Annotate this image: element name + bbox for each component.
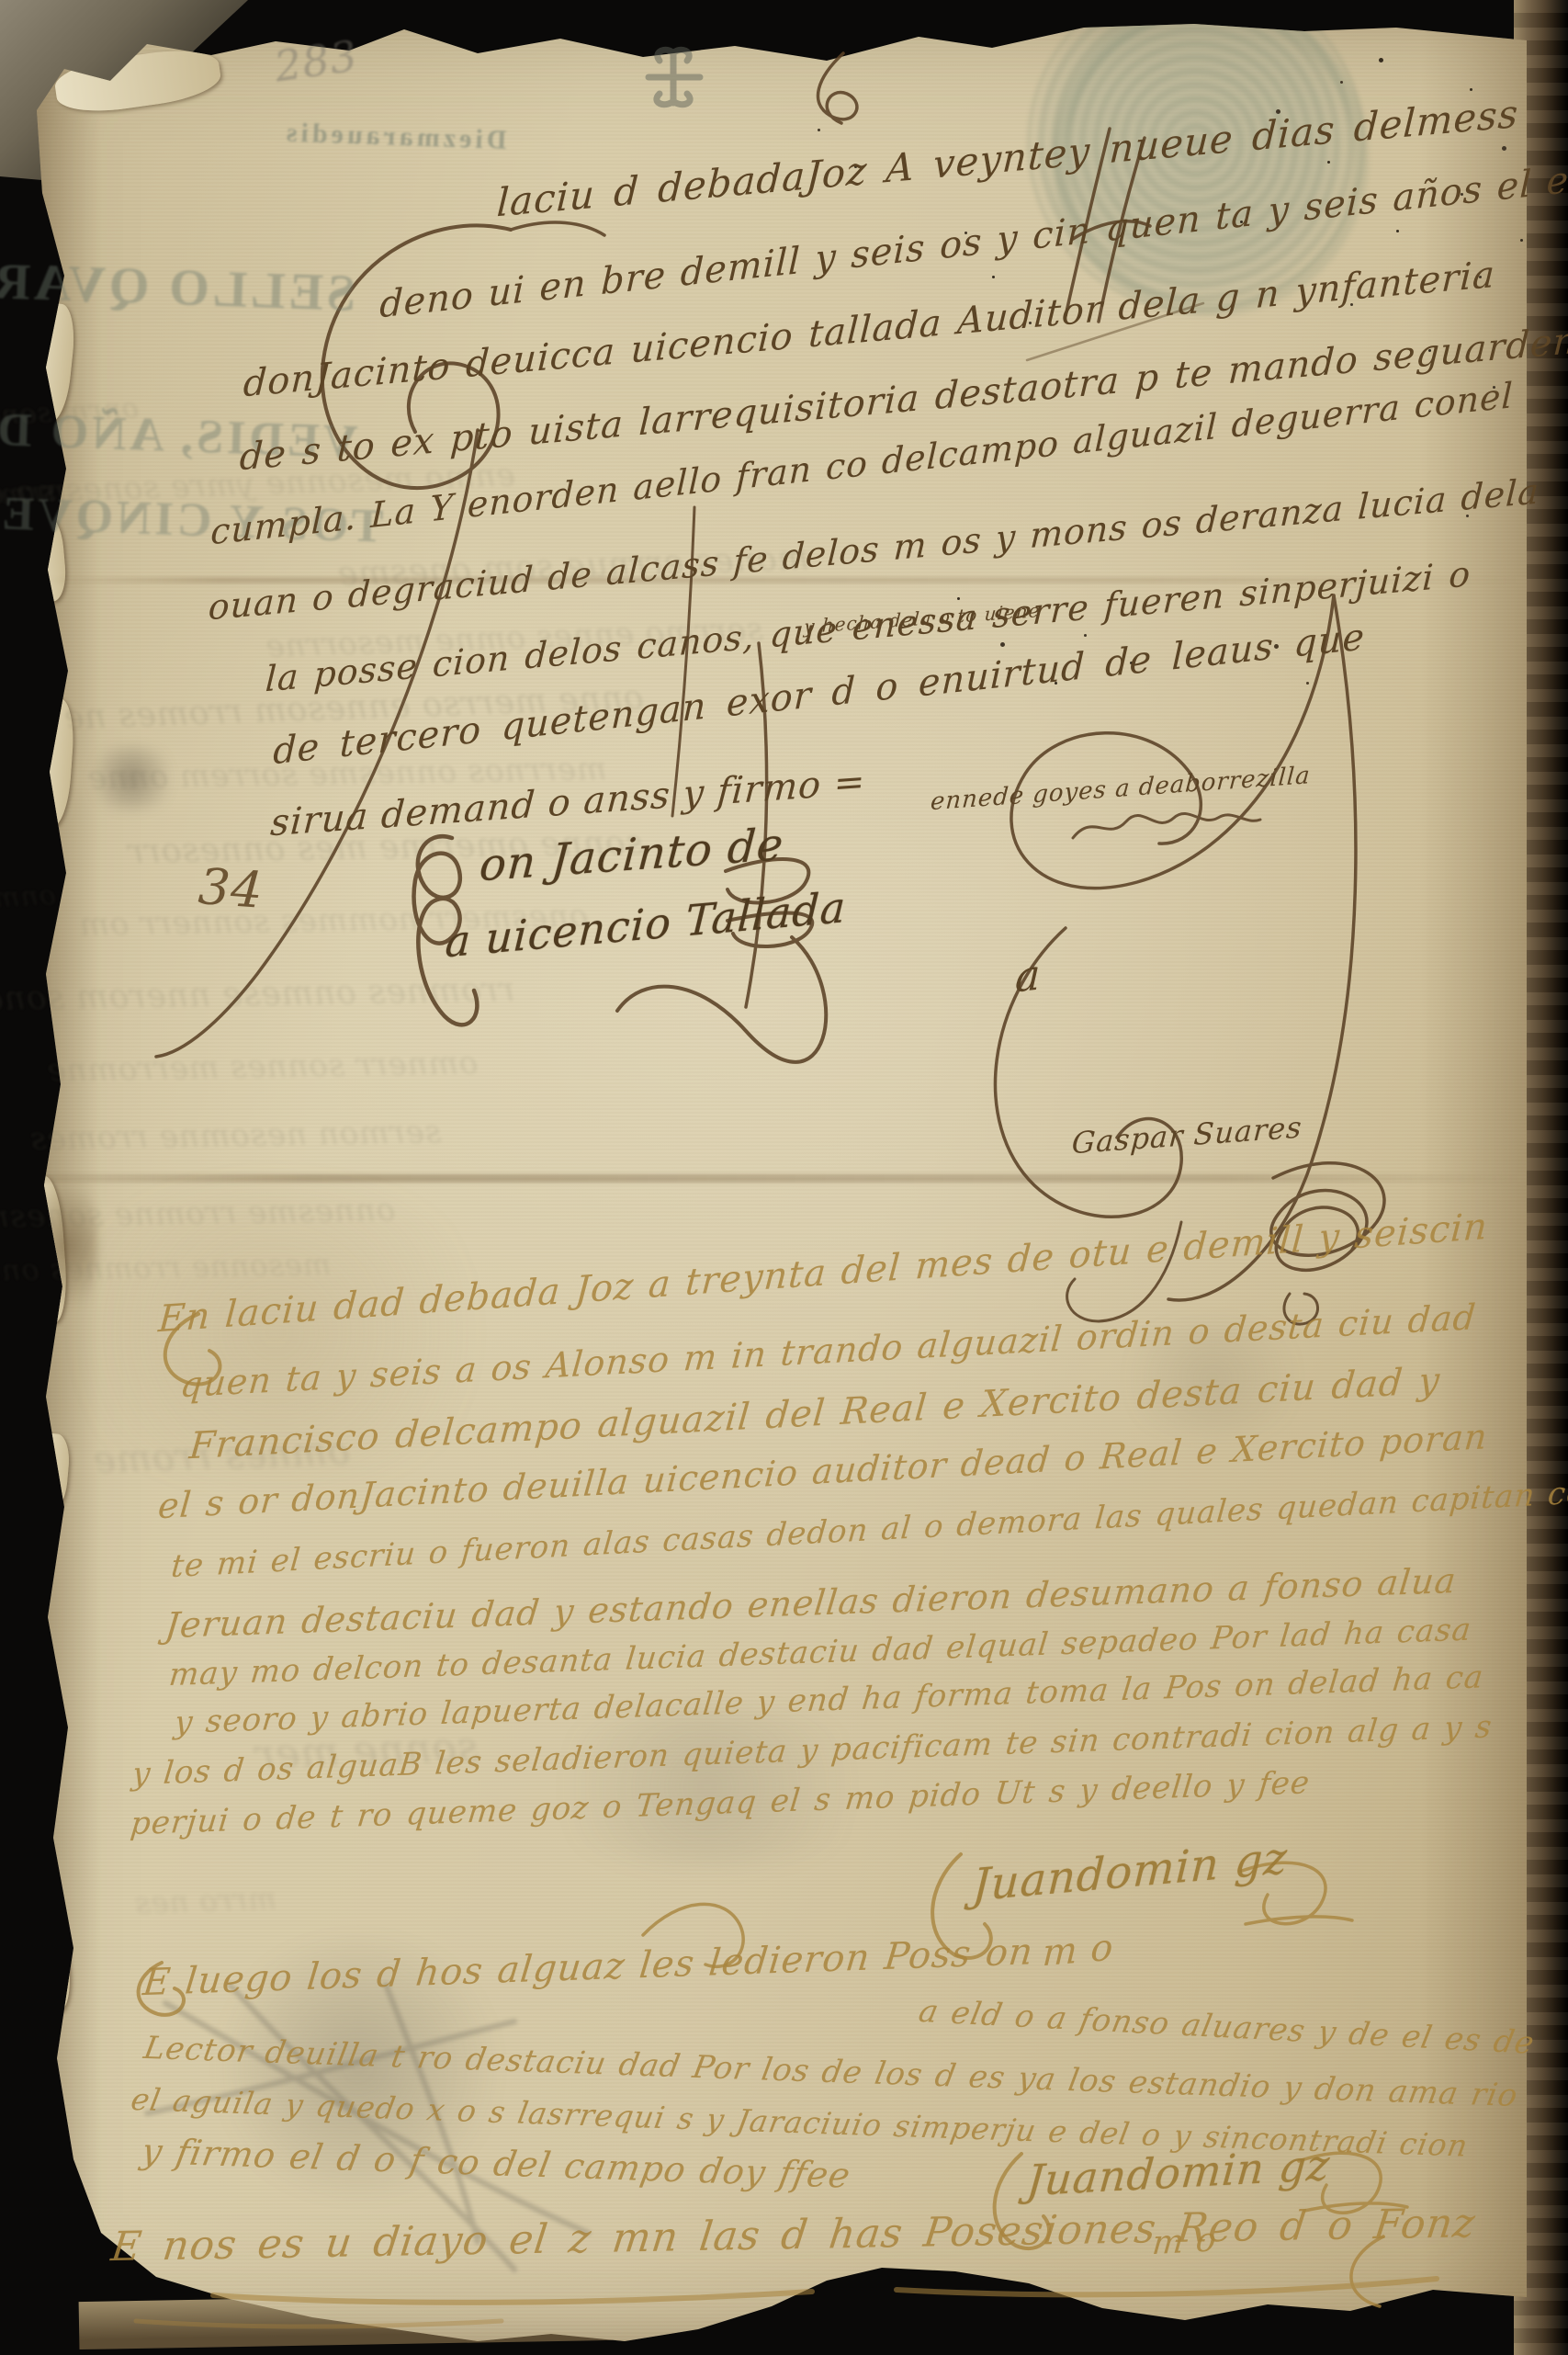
ghost-line: omnerr sonnes merromne [46,1047,478,1086]
ghost-line: mesonne rromnes onne som [0,1250,332,1286]
stamp-print-line: SELLO QVARTO, DIEZMARA- [0,240,356,320]
decree-line: ennede goyes a deaborrezilla [930,764,1311,814]
escribano-signature-line: Juandomin gz [971,1836,1289,1908]
ghost-line: omnes rrome [93,1433,351,1479]
ghost-line: sermon nesomne rromes [29,1116,442,1155]
manuscript-scan: 283 34 DiezmarauedisSELLO QVARTO, DIEZMA… [0,0,1568,2355]
ghost-line: sonne mer [254,1727,479,1775]
notary-attestation-line: a [1014,953,1042,998]
ghost-line: mones errnue som onesme [336,542,809,592]
handwriting-layer: 283 34 DiezmarauedisSELLO QVARTO, DIEZMA… [0,0,1568,2355]
act-record-line: a eld o a fonso aluares y de el es de [916,1996,1537,2059]
notary-name: Gaspar Suares [1071,1112,1303,1158]
act-record-line: y firmo el d o f co del campo doy ffee [139,2134,853,2193]
ghost-line: sonne omerrne mes onnesorr [127,827,644,869]
ghost-line: onmes [0,882,57,914]
closing-line: E nos es u diayo el z mn las d has Poses… [109,2203,1478,2268]
ghost-line: mrro nes [134,1884,276,1918]
ghost-line: onesmerr nommes sonnerr om [78,900,588,941]
escribano-signature-line: Juandomin gz [1025,2144,1332,2202]
ghost-line: onnesme rromne sonesmerr onne [0,1194,396,1236]
folio-number: 283 [272,34,360,87]
ghost-line: rromnes onmese nnerom sone [0,974,515,1016]
escribano-title: m o [1042,1929,1115,1972]
act-record-line: E luego los d hos alguaz les ledieron Po… [141,1933,1035,2001]
stamp-print-line: Diezmarauedis [282,119,507,153]
ghost-line: merrnos onnesme sorrem onne [87,753,607,794]
